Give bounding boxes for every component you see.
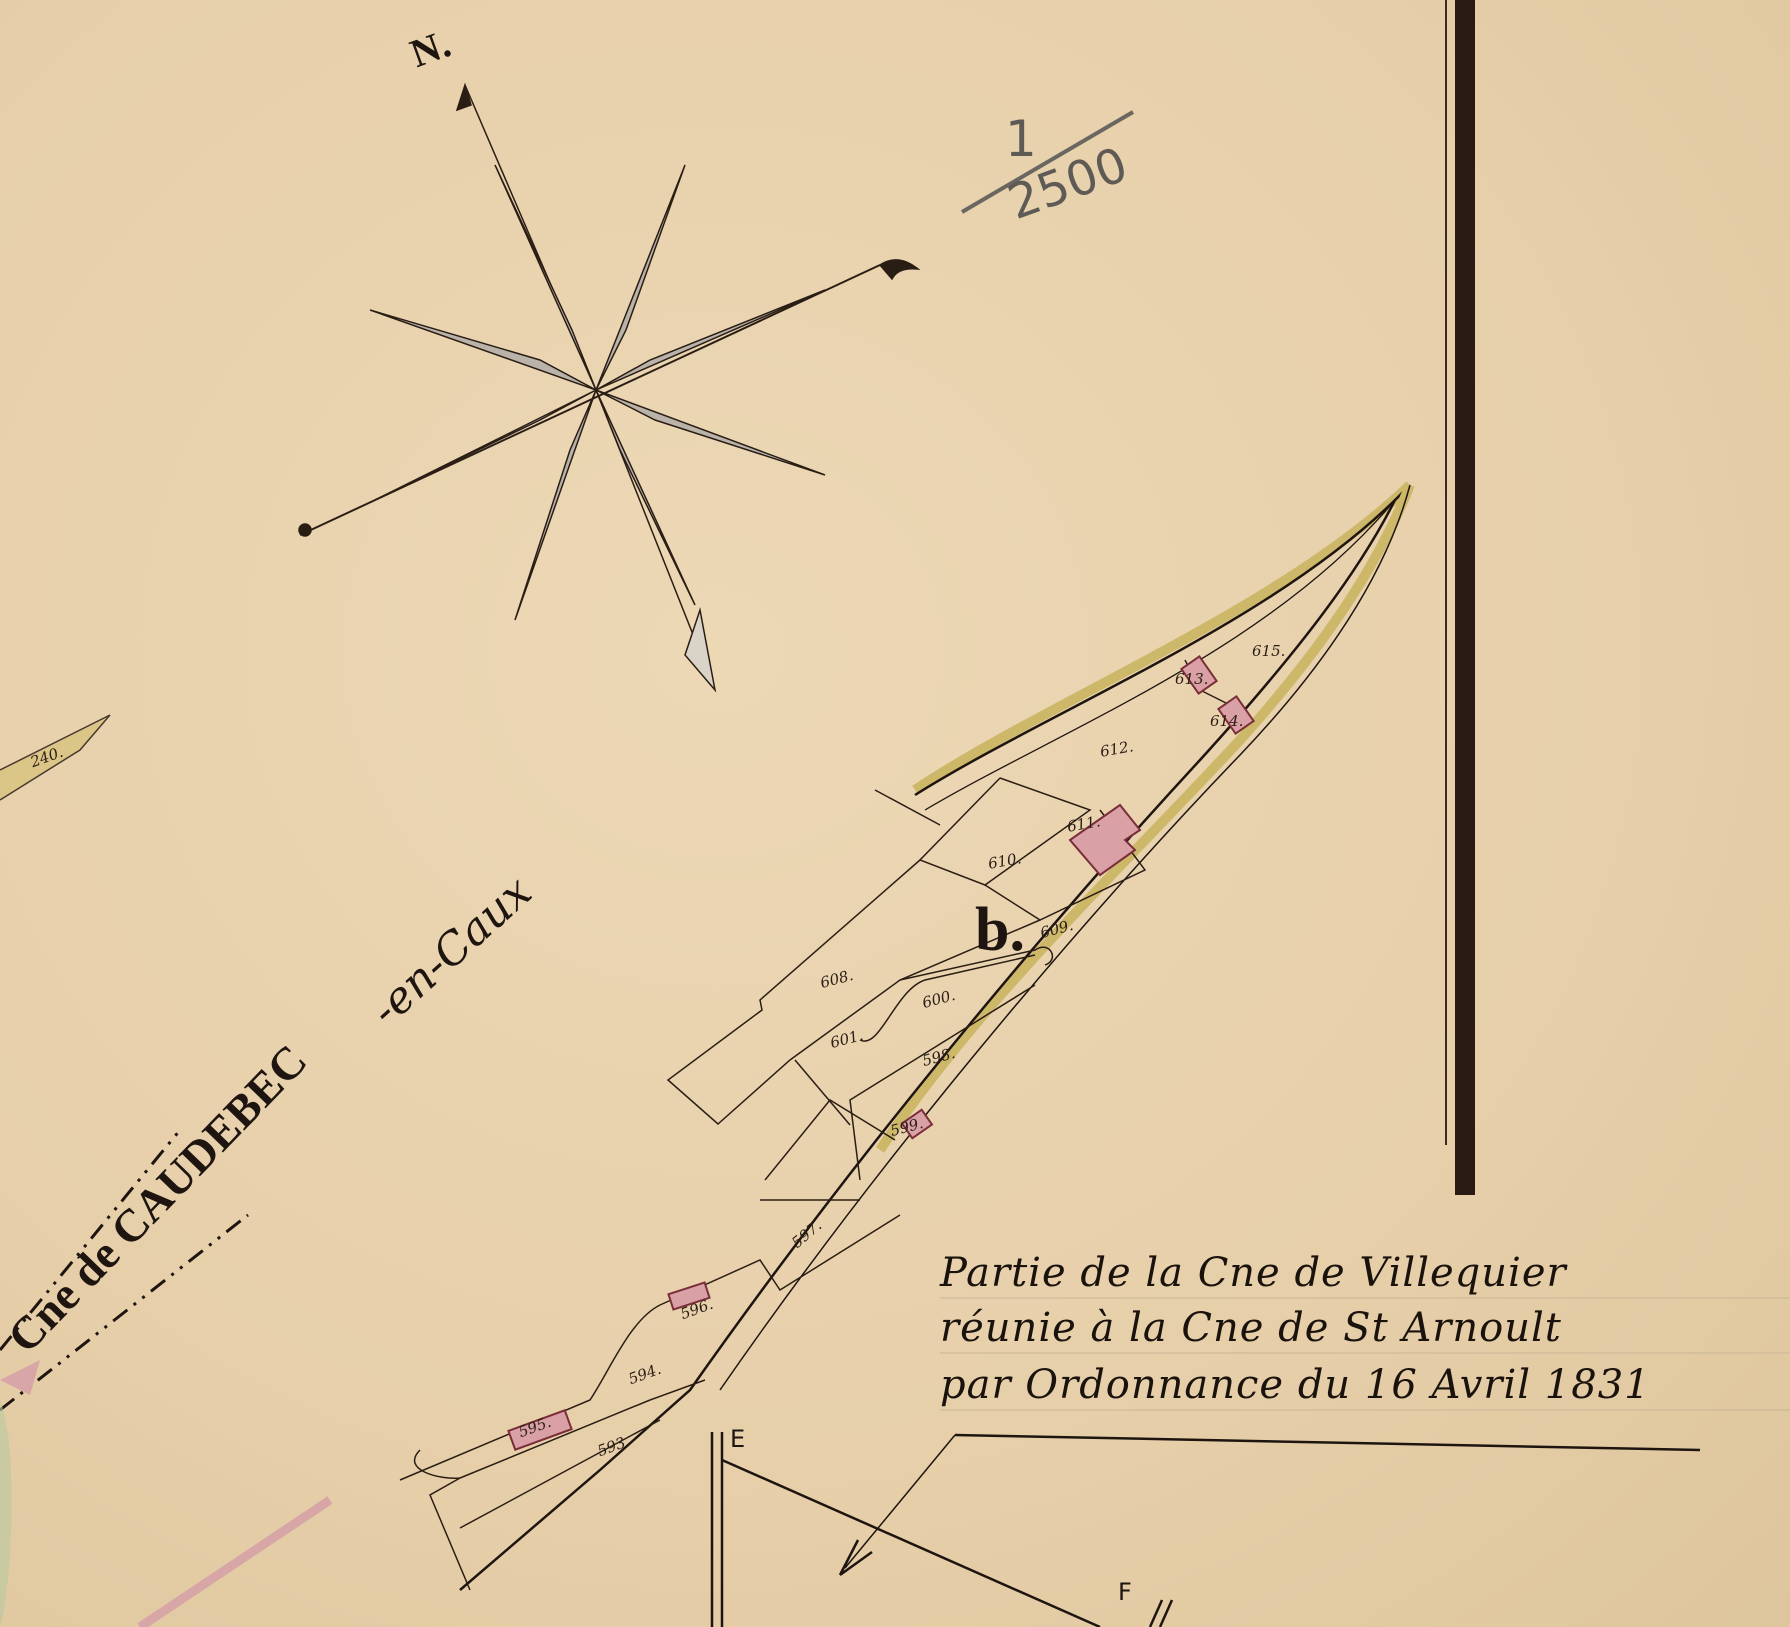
caption-line-2: réunie à la Cne de St Arnoult bbox=[940, 1305, 1562, 1351]
parcel-615[interactable]: 615. bbox=[1252, 642, 1285, 660]
sheet-border bbox=[1455, 0, 1475, 1195]
section-letter: b. bbox=[975, 895, 1025, 966]
caption-line-3: par Ordonnance du 16 Avril 1831 bbox=[940, 1362, 1651, 1408]
point-f: F bbox=[1118, 1578, 1132, 1606]
compass-rose-icon bbox=[299, 85, 918, 690]
point-e: E bbox=[730, 1425, 745, 1453]
cadastral-map: N. 1 2500 Cne de CAUDEBEC -en-Caux b. 59… bbox=[0, 0, 1790, 1627]
scale-numerator: 1 bbox=[1005, 110, 1037, 168]
parcel-614[interactable]: 614. bbox=[1210, 712, 1243, 730]
parcel-613[interactable]: 613. bbox=[1175, 670, 1208, 688]
caption-line-1: Partie de la Cne de Villequier bbox=[940, 1250, 1567, 1296]
